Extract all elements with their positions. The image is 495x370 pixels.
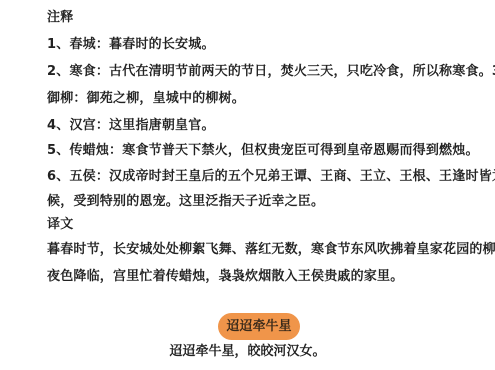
translation-line-1: 暮春时节，长安城处处柳絮飞舞、落红无数，寒食节东风吹拂着皇家花园的柳枝。 xyxy=(47,241,495,259)
note-item-1: 1、春城：暮春时的长安城。 xyxy=(47,36,215,54)
poem-title-badge: 迢迢牵牛星 xyxy=(218,313,300,340)
note-item-4: 4、汉宫：这里指唐朝皇官。 xyxy=(47,117,215,135)
note-item-3: 御柳：御苑之柳，皇城中的柳树。 xyxy=(47,90,245,108)
note-item-6: 6、五侯：汉成帝时封王皇后的五个兄弟王谭、王商、王立、王根、王逢时皆为 xyxy=(47,168,495,186)
note-item-5: 5、传蜡烛：寒食节普天下禁火，但权贵宠臣可得到皇帝恩赐而得到燃烛。 xyxy=(47,142,479,160)
poem-first-line: 迢迢牵牛星，皎皎河汉女。 xyxy=(0,343,495,361)
notes-heading: 注释 xyxy=(47,9,73,27)
note-item-6-continued: 候，受到特别的恩宠。这里泛指天子近幸之臣。 xyxy=(47,193,324,211)
note-item-2: 2、寒食：古代在清明节前两天的节日，焚火三天，只吃冷食，所以称寒食。3、 xyxy=(47,63,495,81)
translation-heading: 译文 xyxy=(47,216,73,234)
translation-line-2: 夜色降临，宫里忙着传蜡烛，袅袅炊烟散入王侯贵戚的家里。 xyxy=(47,268,403,286)
